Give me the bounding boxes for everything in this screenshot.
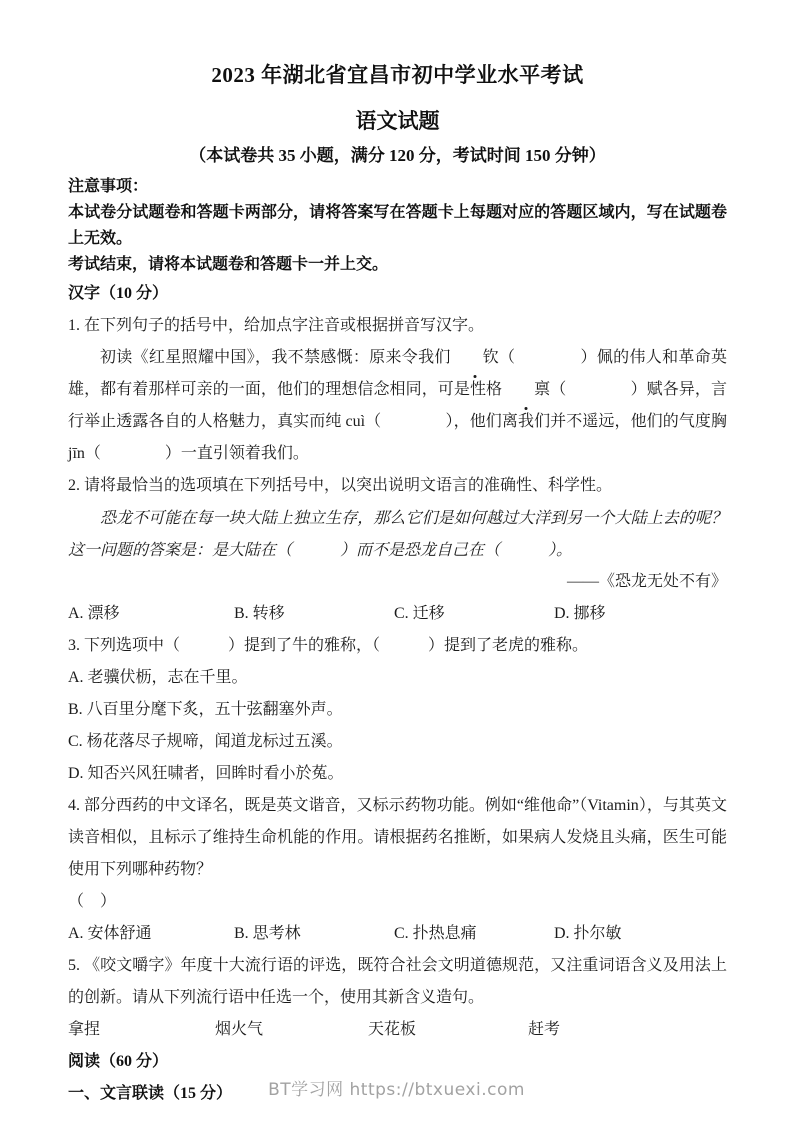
q2-option-d: D. 挪移: [554, 598, 727, 630]
notice-line-1: 本试卷分试题卷和答题卡两部分，请将答案写在答题卡上每题对应的答题区域内，写在试题…: [68, 200, 727, 252]
q5-word-3: 天花板: [368, 1014, 528, 1046]
q2-option-a: A. 漂移: [68, 598, 234, 630]
q1-passage: 初读《红星照耀中国》，我不禁感慨：原来令我们钦（ ）佩的伟人和革命英雄，都有着那…: [68, 342, 727, 470]
q1-emphasis-char-bing: 禀: [502, 374, 550, 406]
q2-source-attribution: ——《恐龙无处不有》: [68, 566, 727, 598]
q4-option-b: B. 思考林: [234, 918, 394, 950]
q2-option-c: C. 迁移: [394, 598, 554, 630]
q3-option-a: A. 老骥伏枥，志在千里。: [68, 662, 727, 694]
q2-option-b: B. 转移: [234, 598, 394, 630]
notice-line-2: 考试结束，请将本试题卷和答题卡一并上交。: [68, 252, 727, 278]
q1-emphasis-char-qin: 钦: [451, 342, 499, 374]
q5-word-1: 拿捏: [68, 1014, 215, 1046]
section-heading-reading: 阅读（60 分）: [68, 1046, 727, 1078]
q4-stem: 4. 部分西药的中文译名，既是英文谐音，又标示药物功能。例如“维他命”（Vita…: [68, 790, 727, 886]
paper-body: 汉字（10 分） 1. 在下列句子的括号中，给加点字注音或根据拼音写汉字。 初读…: [68, 278, 727, 1110]
q4-option-d: D. 扑尔敏: [554, 918, 727, 950]
q5-stem: 5. 《咬文嚼字》年度十大流行语的评选，既符合社会文明道德规范，又注重词语含义及…: [68, 950, 727, 1014]
q1-passage-seg1: 初读《红星照耀中国》，我不禁感慨：原来令我们: [100, 349, 451, 366]
q3-option-b: B. 八百里分麾下炙，五十弦翻塞外声。: [68, 694, 727, 726]
q2-stem: 2. 请将最恰当的选项填在下列括号中，以突出说明文语言的准确性、科学性。: [68, 470, 727, 502]
notice-heading: 注意事项：: [68, 174, 727, 200]
q1-stem: 1. 在下列句子的括号中，给加点字注音或根据拼音写汉字。: [68, 310, 727, 342]
q5-word-4: 赶考: [528, 1014, 727, 1046]
notice-section: 注意事项： 本试卷分试题卷和答题卡两部分，请将答案写在答题卡上每题对应的答题区域…: [68, 174, 727, 278]
q4-answer-bracket: （ ）: [68, 886, 727, 918]
q2-passage: 恐龙不可能在每一块大陆上独立生存，那么它们是如何越过大洋到另一个大陆上去的呢？这…: [68, 502, 727, 566]
question-1: 1. 在下列句子的括号中，给加点字注音或根据拼音写汉字。 初读《红星照耀中国》，…: [68, 310, 727, 470]
page-title: 2023 年湖北省宜昌市初中学业水平考试: [68, 60, 727, 90]
question-4: 4. 部分西药的中文译名，既是英文谐音，又标示药物功能。例如“维他命”（Vita…: [68, 790, 727, 950]
q4-options-row: A. 安体舒通 B. 思考林 C. 扑热息痛 D. 扑尔敏: [68, 918, 727, 950]
q2-options-row: A. 漂移 B. 转移 C. 迁移 D. 挪移: [68, 598, 727, 630]
q4-option-c: C. 扑热息痛: [394, 918, 554, 950]
q5-word-2: 烟火气: [215, 1014, 368, 1046]
q3-option-c: C. 杨花落尽子规啼，闻道龙标过五溪。: [68, 726, 727, 758]
paper-info: （本试卷共 35 小题，满分 120 分，考试时间 150 分钟）: [68, 143, 727, 169]
q3-stem: 3. 下列选项中（ ）提到了牛的雅称，（ ）提到了老虎的雅称。: [68, 630, 727, 662]
q3-option-d: D. 知否兴风狂啸者，回眸时看小於菟。: [68, 758, 727, 790]
subject-title: 语文试题: [68, 106, 727, 136]
section-heading-hanzi: 汉字（10 分）: [68, 278, 727, 310]
q5-words-row: 拿捏 烟火气 天花板 赶考: [68, 1014, 727, 1046]
watermark: BT学习网 https://btxuexi.com: [0, 1075, 793, 1100]
question-3: 3. 下列选项中（ ）提到了牛的雅称，（ ）提到了老虎的雅称。 A. 老骥伏枥，…: [68, 630, 727, 790]
exam-paper-page: 2023 年湖北省宜昌市初中学业水平考试 语文试题 （本试卷共 35 小题，满分…: [0, 0, 793, 1110]
question-2: 2. 请将最恰当的选项填在下列括号中，以突出说明文语言的准确性、科学性。 恐龙不…: [68, 470, 727, 630]
question-5: 5. 《咬文嚼字》年度十大流行语的评选，既符合社会文明道德规范，又注重词语含义及…: [68, 950, 727, 1046]
q4-option-a: A. 安体舒通: [68, 918, 234, 950]
